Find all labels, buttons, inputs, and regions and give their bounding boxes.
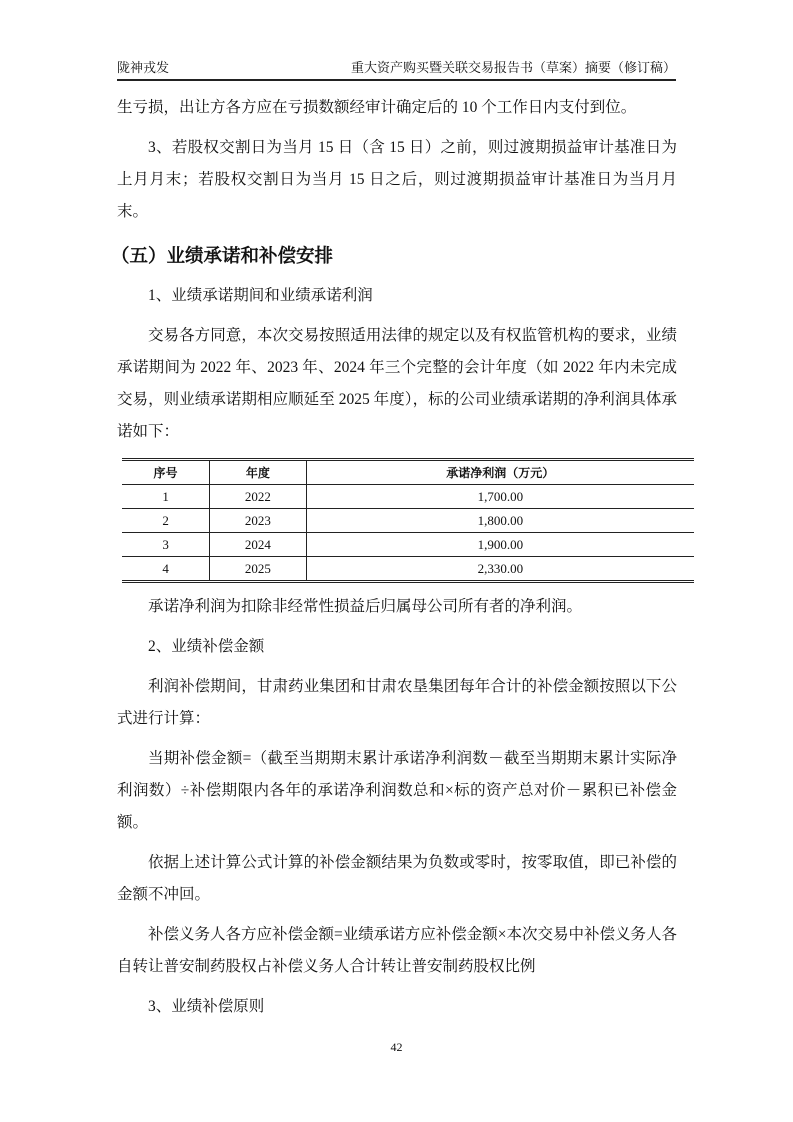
header-company: 陇神戎发 bbox=[117, 60, 169, 76]
table-cell: 1 bbox=[122, 485, 210, 509]
table-row: 2 2023 1,800.00 bbox=[122, 509, 694, 533]
table-cell: 3 bbox=[122, 533, 210, 557]
paragraph: 生亏损，出让方各方应在亏损数额经审计确定后的 10 个工作日内支付到位。 bbox=[117, 92, 677, 124]
formula-paragraph: 补偿义务人各方应补偿金额=业绩承诺方应补偿金额×本次交易中补偿义务人各自转让普安… bbox=[117, 919, 677, 983]
table-cell: 2 bbox=[122, 509, 210, 533]
subsection-heading: 2、业绩补偿金额 bbox=[117, 631, 677, 663]
subsection-heading: 1、业绩承诺期间和业绩承诺利润 bbox=[117, 280, 677, 312]
table-cell: 2024 bbox=[210, 533, 307, 557]
page-content: 生亏损，出让方各方应在亏损数额经审计确定后的 10 个工作日内支付到位。 3、若… bbox=[117, 92, 677, 1023]
table-cell: 2022 bbox=[210, 485, 307, 509]
profit-commitment-table: 序号 年度 承诺净利润（万元） 1 2022 1,700.00 2 2023 1… bbox=[122, 458, 694, 583]
subsection-heading: 3、业绩补偿原则 bbox=[117, 991, 677, 1023]
table-row: 3 2024 1,900.00 bbox=[122, 533, 694, 557]
column-header: 序号 bbox=[122, 460, 210, 485]
formula-paragraph: 当期补偿金额=（截至当期期末累计承诺净利润数－截至当期期末累计实际净利润数）÷补… bbox=[117, 743, 677, 839]
table-cell: 4 bbox=[122, 557, 210, 582]
table-cell: 1,900.00 bbox=[306, 533, 694, 557]
paragraph: 利润补偿期间，甘肃药业集团和甘肃农垦集团每年合计的补偿金额按照以下公式进行计算： bbox=[117, 671, 677, 735]
table-row: 4 2025 2,330.00 bbox=[122, 557, 694, 582]
table-row: 1 2022 1,700.00 bbox=[122, 485, 694, 509]
table-cell: 2023 bbox=[210, 509, 307, 533]
paragraph: 交易各方同意，本次交易按照适用法律的规定以及有权监管机构的要求，业绩承诺期间为 … bbox=[117, 320, 677, 448]
table-cell: 1,700.00 bbox=[306, 485, 694, 509]
paragraph: 承诺净利润为扣除非经常性损益后归属母公司所有者的净利润。 bbox=[117, 591, 677, 623]
header-document-title: 重大资产购买暨关联交易报告书（草案）摘要（修订稿） bbox=[351, 60, 676, 76]
column-header: 年度 bbox=[210, 460, 307, 485]
paragraph: 3、若股权交割日为当月 15 日（含 15 日）之前，则过渡期损益审计基准日为上… bbox=[117, 132, 677, 228]
table-cell: 1,800.00 bbox=[306, 509, 694, 533]
paragraph: 依据上述计算公式计算的补偿金额结果为负数或零时，按零取值，即已补偿的金额不冲回。 bbox=[117, 847, 677, 911]
page-number: 42 bbox=[0, 1040, 793, 1055]
table-cell: 2,330.00 bbox=[306, 557, 694, 582]
page-header: 陇神戎发 重大资产购买暨关联交易报告书（草案）摘要（修订稿） bbox=[117, 54, 676, 81]
section-heading: （五）业绩承诺和补偿安排 bbox=[111, 242, 677, 272]
column-header: 承诺净利润（万元） bbox=[306, 460, 694, 485]
table-cell: 2025 bbox=[210, 557, 307, 582]
table-header-row: 序号 年度 承诺净利润（万元） bbox=[122, 460, 694, 485]
